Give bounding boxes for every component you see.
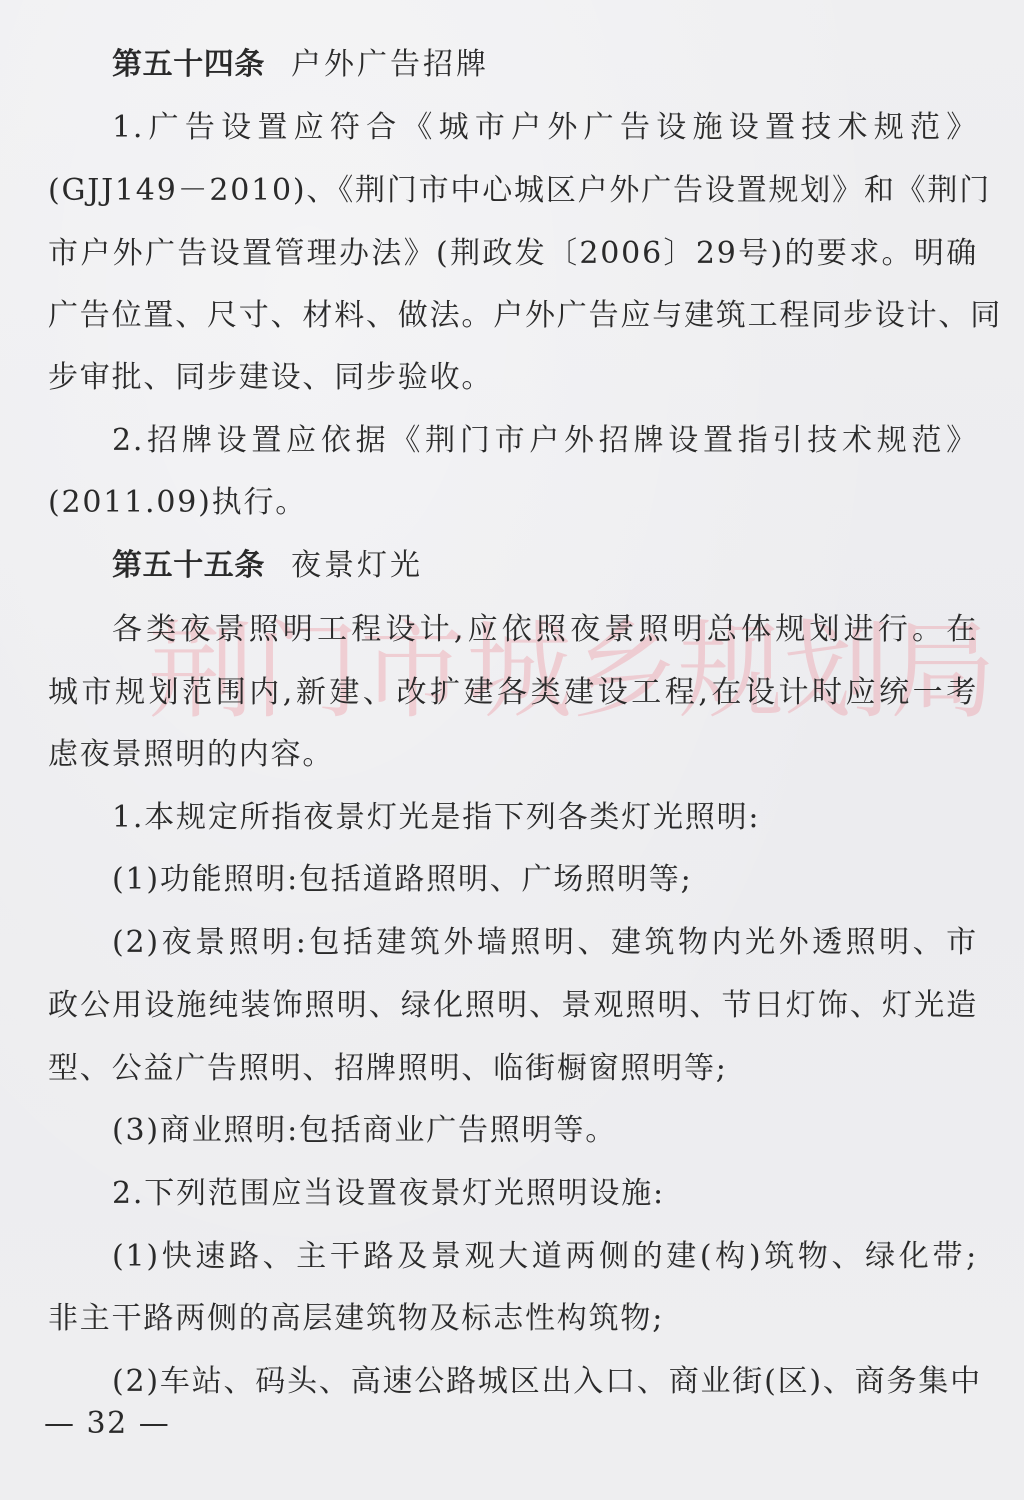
article-54-line-3: 市户外广告设置管理办法》(荆政发〔2006〕29号)的要求。明确 xyxy=(48,234,978,274)
article-54-line-1: 1.广告设置应符合《城市户外广告设施设置技术规范》 xyxy=(112,108,978,148)
article-54-number: 第五十四条 xyxy=(112,47,265,82)
article-55-line-10: 2.下列范围应当设置夜景灯光照明设施: xyxy=(112,1174,978,1214)
article-55-number: 第五十五条 xyxy=(112,548,265,583)
article-55-line-4: 1.本规定所指夜景灯光是指下列各类灯光照明: xyxy=(112,798,978,838)
article-54-line-4: 广告位置、尺寸、材料、做法。户外广告应与建筑工程同步设计、同 xyxy=(48,296,978,336)
article-55-heading: 第五十五条夜景灯光 xyxy=(112,546,978,586)
article-55-title: 夜景灯光 xyxy=(291,548,423,583)
article-55-line-2: 城市规划范围内,新建、改扩建各类建设工程,在设计时应统一考 xyxy=(48,673,978,713)
article-55-line-3: 虑夜景照明的内容。 xyxy=(48,735,978,775)
article-55-line-12: 非主干路两侧的高层建筑物及标志性构筑物; xyxy=(48,1299,978,1339)
article-55-line-8: 型、公益广告照明、招牌照明、临街橱窗照明等; xyxy=(48,1049,978,1089)
article-54-title: 户外广告招牌 xyxy=(291,47,489,82)
article-54-line-2: (GJJ149－2010)、《荆门市中心城区户外广告设置规划》和《荆门 xyxy=(48,171,978,211)
document-page: 荆门市城乡规划局 第五十四条户外广告招牌 1.广告设置应符合《城市户外广告设施设… xyxy=(0,0,1024,1500)
article-54-line-7: (2011.09)执行。 xyxy=(48,483,978,523)
article-55-line-9: (3)商业照明:包括商业广告照明等。 xyxy=(112,1111,978,1151)
article-55-line-11: (1)快速路、主干路及景观大道两侧的建(构)筑物、绿化带; xyxy=(112,1237,978,1277)
article-55-line-7: 政公用设施纯装饰照明、绿化照明、景观照明、节日灯饰、灯光造 xyxy=(48,986,978,1026)
article-54-line-5: 步审批、同步建设、同步验收。 xyxy=(48,358,978,398)
article-54-line-6: 2.招牌设置应依据《荆门市户外招牌设置指引技术规范》 xyxy=(112,421,978,461)
page-number: — 32 — xyxy=(44,1404,170,1444)
article-55-line-1: 各类夜景照明工程设计,应依照夜景照明总体规划进行。在 xyxy=(112,610,978,650)
article-55-line-5: (1)功能照明:包括道路照明、广场照明等; xyxy=(112,860,978,900)
article-55-line-13: (2)车站、码头、高速公路城区出入口、商业街(区)、商务集中 xyxy=(112,1362,978,1402)
article-54-heading: 第五十四条户外广告招牌 xyxy=(112,45,978,85)
article-55-line-6: (2)夜景照明:包括建筑外墙照明、建筑物内光外透照明、市 xyxy=(112,923,978,963)
